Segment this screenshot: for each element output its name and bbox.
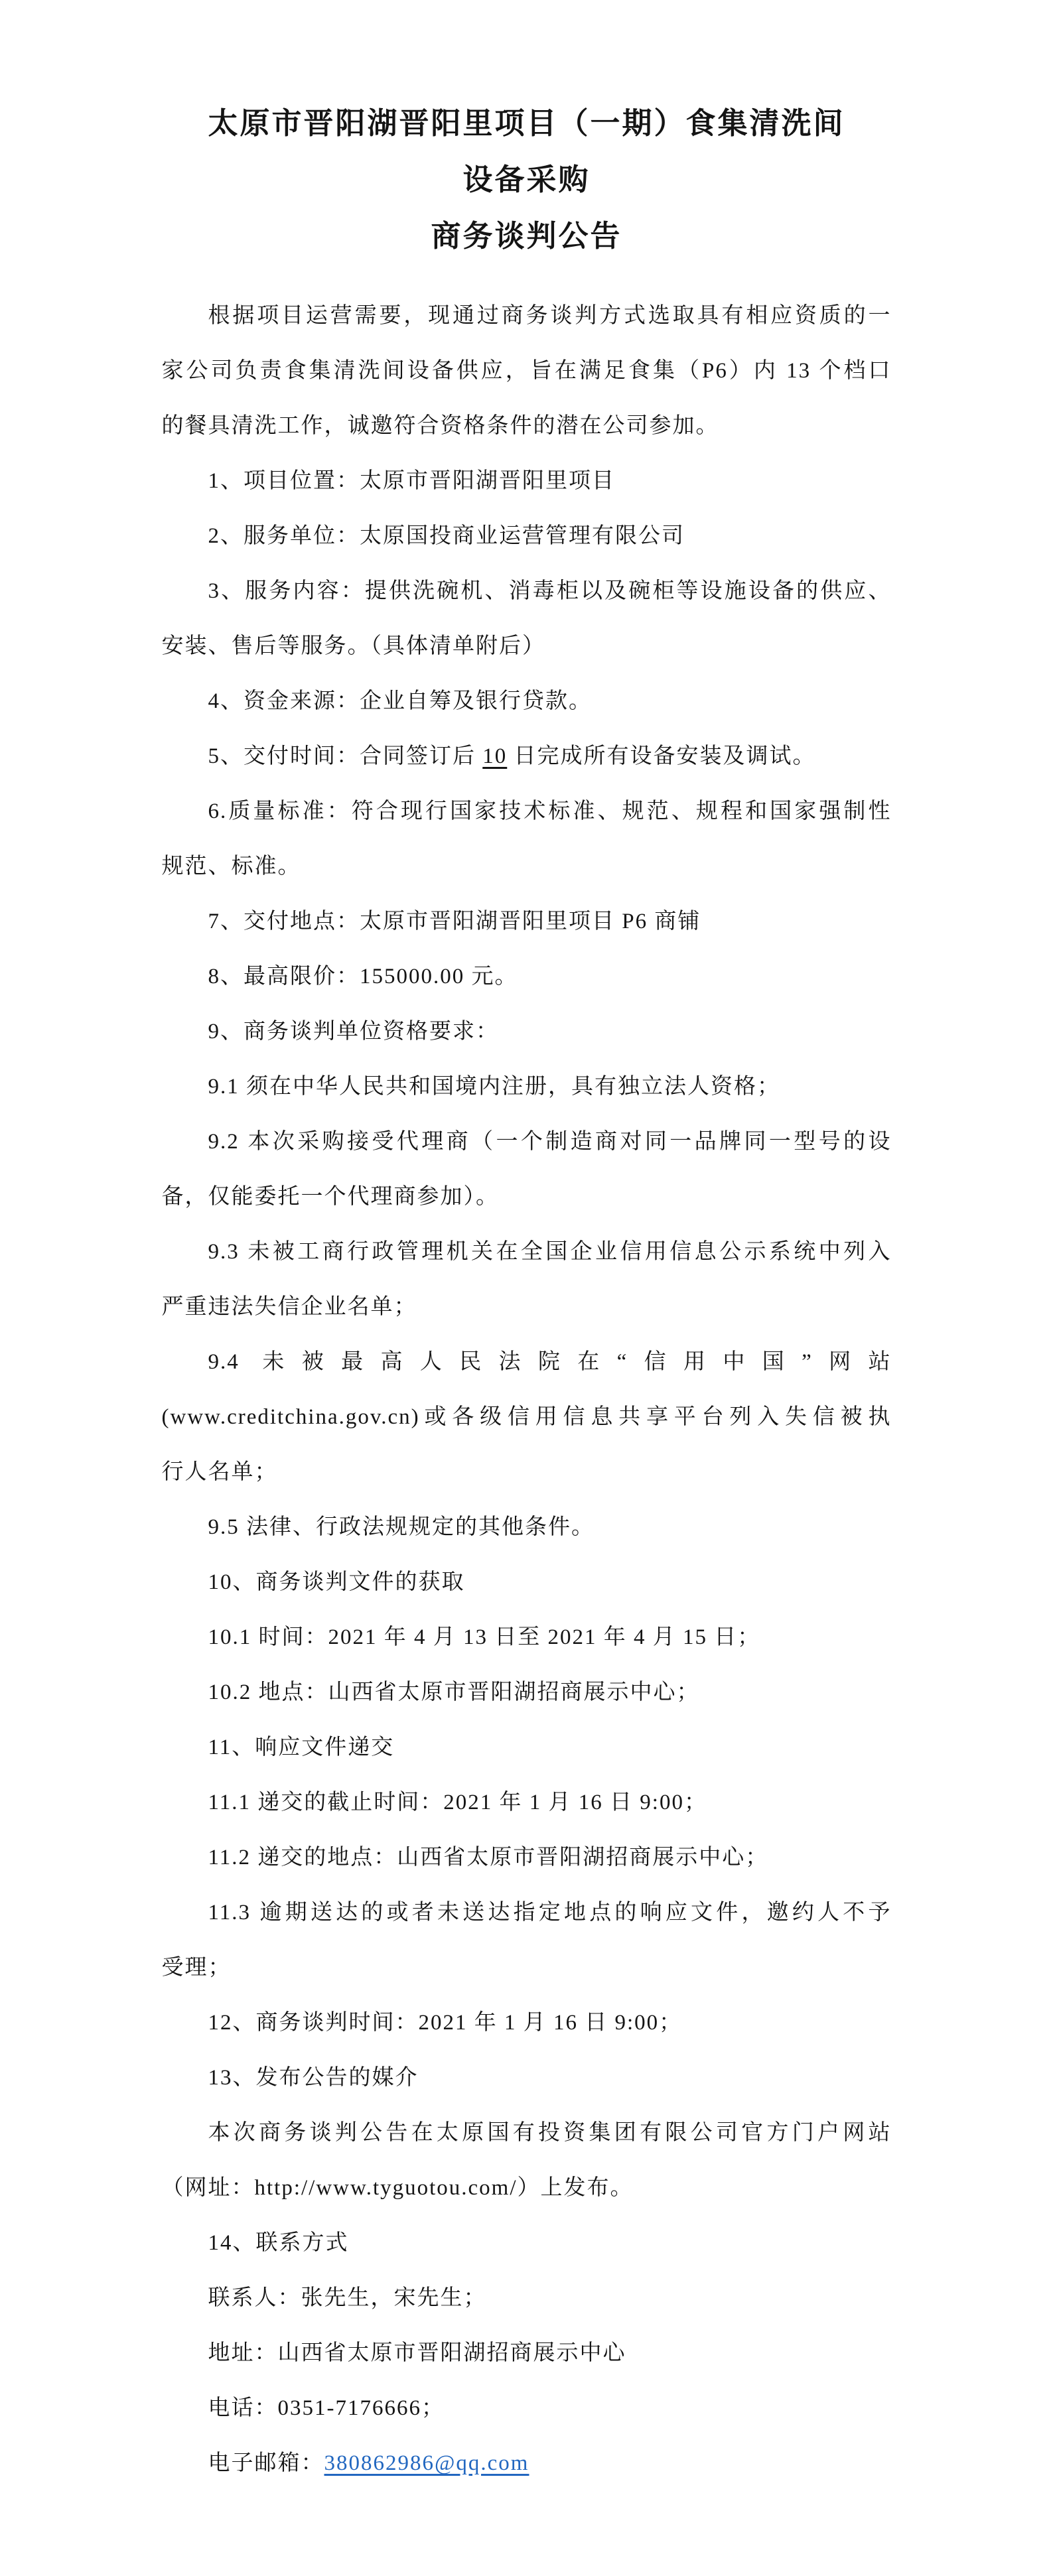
document-title: 太原市晋阳湖晋阳里项目（一期）食集清洗间 设备采购 商务谈判公告	[0, 0, 1053, 265]
contact-phone: 电话：0351-7176666；	[162, 2381, 892, 2436]
item-9-2-agent-line-1: 9.2 本次采购接受代理商（一个制造商对同一品牌同一型号的设	[162, 1115, 892, 1170]
item-9-qualification-heading: 9、商务谈判单位资格要求：	[162, 1004, 892, 1059]
item-11-1-deadline: 11.1 递交的截止时间：2021 年 1 月 16 日 9:00；	[162, 1775, 892, 1830]
contact-address: 地址：山西省太原市晋阳湖招商展示中心	[162, 2326, 892, 2381]
item-13-media-heading: 13、发布公告的媒介	[162, 2051, 892, 2106]
item-9-4-court-line-1: 9.4 未被最高人民法院在“信用中国”网站	[162, 1335, 892, 1390]
item-2-service-unit: 2、服务单位：太原国投商业运营管理有限公司	[162, 509, 892, 564]
delivery-time-prefix: 5、交付时间：合同签订后	[208, 744, 483, 768]
item-9-4-court-line-2: (www.creditchina.gov.cn)或各级信用信息共享平台列入失信被…	[162, 1390, 892, 1445]
item-9-3-credit-line-2: 严重违法失信企业名单；	[162, 1280, 892, 1335]
item-6-quality-standard-line-2: 规范、标准。	[162, 839, 892, 894]
email-link[interactable]: 380862986@qq.com	[324, 2451, 529, 2475]
title-line-procurement: 设备采购	[0, 152, 1053, 208]
delivery-days-underlined: 10	[482, 744, 507, 768]
item-10-document-obtain-heading: 10、商务谈判文件的获取	[162, 1555, 892, 1610]
document-body: 根据项目运营需要，现通过商务谈判方式选取具有相应资质的一 家公司负责食集清洗间设…	[162, 289, 892, 2491]
delivery-time-suffix: 日完成所有设备安装及调试。	[507, 744, 815, 768]
item-3-service-content-line-1: 3、服务内容：提供洗碗机、消毒柜以及碗柜等设施设备的供应、	[162, 564, 892, 619]
item-6-quality-standard-line-1: 6.质量标准：符合现行国家技术标准、规范、规程和国家强制性	[162, 784, 892, 839]
item-11-3-late-delivery-line-2: 受理；	[162, 1940, 892, 1996]
document-page: 太原市晋阳湖晋阳里项目（一期）食集清洗间 设备采购 商务谈判公告 根据项目运营需…	[0, 0, 1053, 2576]
email-label: 电子邮箱：	[208, 2451, 324, 2475]
item-5-delivery-time: 5、交付时间：合同签订后 10 日完成所有设备安装及调试。	[162, 729, 892, 784]
item-11-2-submission-place: 11.2 递交的地点：山西省太原市晋阳湖招商展示中心；	[162, 1830, 892, 1885]
item-8-max-price: 8、最高限价：155000.00 元。	[162, 949, 892, 1004]
title-line-announcement: 商务谈判公告	[0, 208, 1053, 265]
intro-line-2: 家公司负责食集清洗间设备供应，旨在满足食集（P6）内 13 个档口	[162, 344, 892, 399]
item-1-project-location: 1、项目位置：太原市晋阳湖晋阳里项目	[162, 454, 892, 509]
item-13-media-line-2: （网址：http://www.tyguotou.com/）上发布。	[162, 2161, 892, 2216]
item-10-1-time: 10.1 时间：2021 年 4 月 13 日至 2021 年 4 月 15 日…	[162, 1610, 892, 1665]
item-7-delivery-place: 7、交付地点：太原市晋阳湖晋阳里项目 P6 商铺	[162, 894, 892, 949]
item-9-1-registration: 9.1 须在中华人民共和国境内注册，具有独立法人资格；	[162, 1059, 892, 1115]
item-9-3-credit-line-1: 9.3 未被工商行政管理机关在全国企业信用信息公示系统中列入	[162, 1225, 892, 1280]
item-12-negotiation-time: 12、商务谈判时间：2021 年 1 月 16 日 9:00；	[162, 1996, 892, 2051]
item-14-contact-heading: 14、联系方式	[162, 2216, 892, 2271]
item-3-service-content-line-2: 安装、售后等服务。（具体清单附后）	[162, 619, 892, 674]
intro-line-1: 根据项目运营需要，现通过商务谈判方式选取具有相应资质的一	[162, 289, 892, 344]
intro-line-3: 的餐具清洗工作，诚邀符合资格条件的潜在公司参加。	[162, 399, 892, 454]
item-11-3-late-delivery-line-1: 11.3 逾期送达的或者未送达指定地点的响应文件，邀约人不予	[162, 1885, 892, 1940]
item-13-media-line-1: 本次商务谈判公告在太原国有投资集团有限公司官方门户网站	[162, 2106, 892, 2161]
contact-person: 联系人：张先生，宋先生；	[162, 2271, 892, 2326]
item-9-4-court-line-3: 行人名单；	[162, 1445, 892, 1500]
item-4-funding-source: 4、资金来源：企业自筹及银行贷款。	[162, 674, 892, 729]
item-11-response-submission-heading: 11、响应文件递交	[162, 1720, 892, 1775]
item-9-2-agent-line-2: 备，仅能委托一个代理商参加）。	[162, 1170, 892, 1225]
title-line-project: 太原市晋阳湖晋阳里项目（一期）食集清洗间	[0, 96, 1053, 152]
contact-email-line: 电子邮箱：380862986@qq.com	[162, 2436, 892, 2491]
item-9-5-other-conditions: 9.5 法律、行政法规规定的其他条件。	[162, 1500, 892, 1555]
item-10-2-place: 10.2 地点：山西省太原市晋阳湖招商展示中心；	[162, 1665, 892, 1720]
